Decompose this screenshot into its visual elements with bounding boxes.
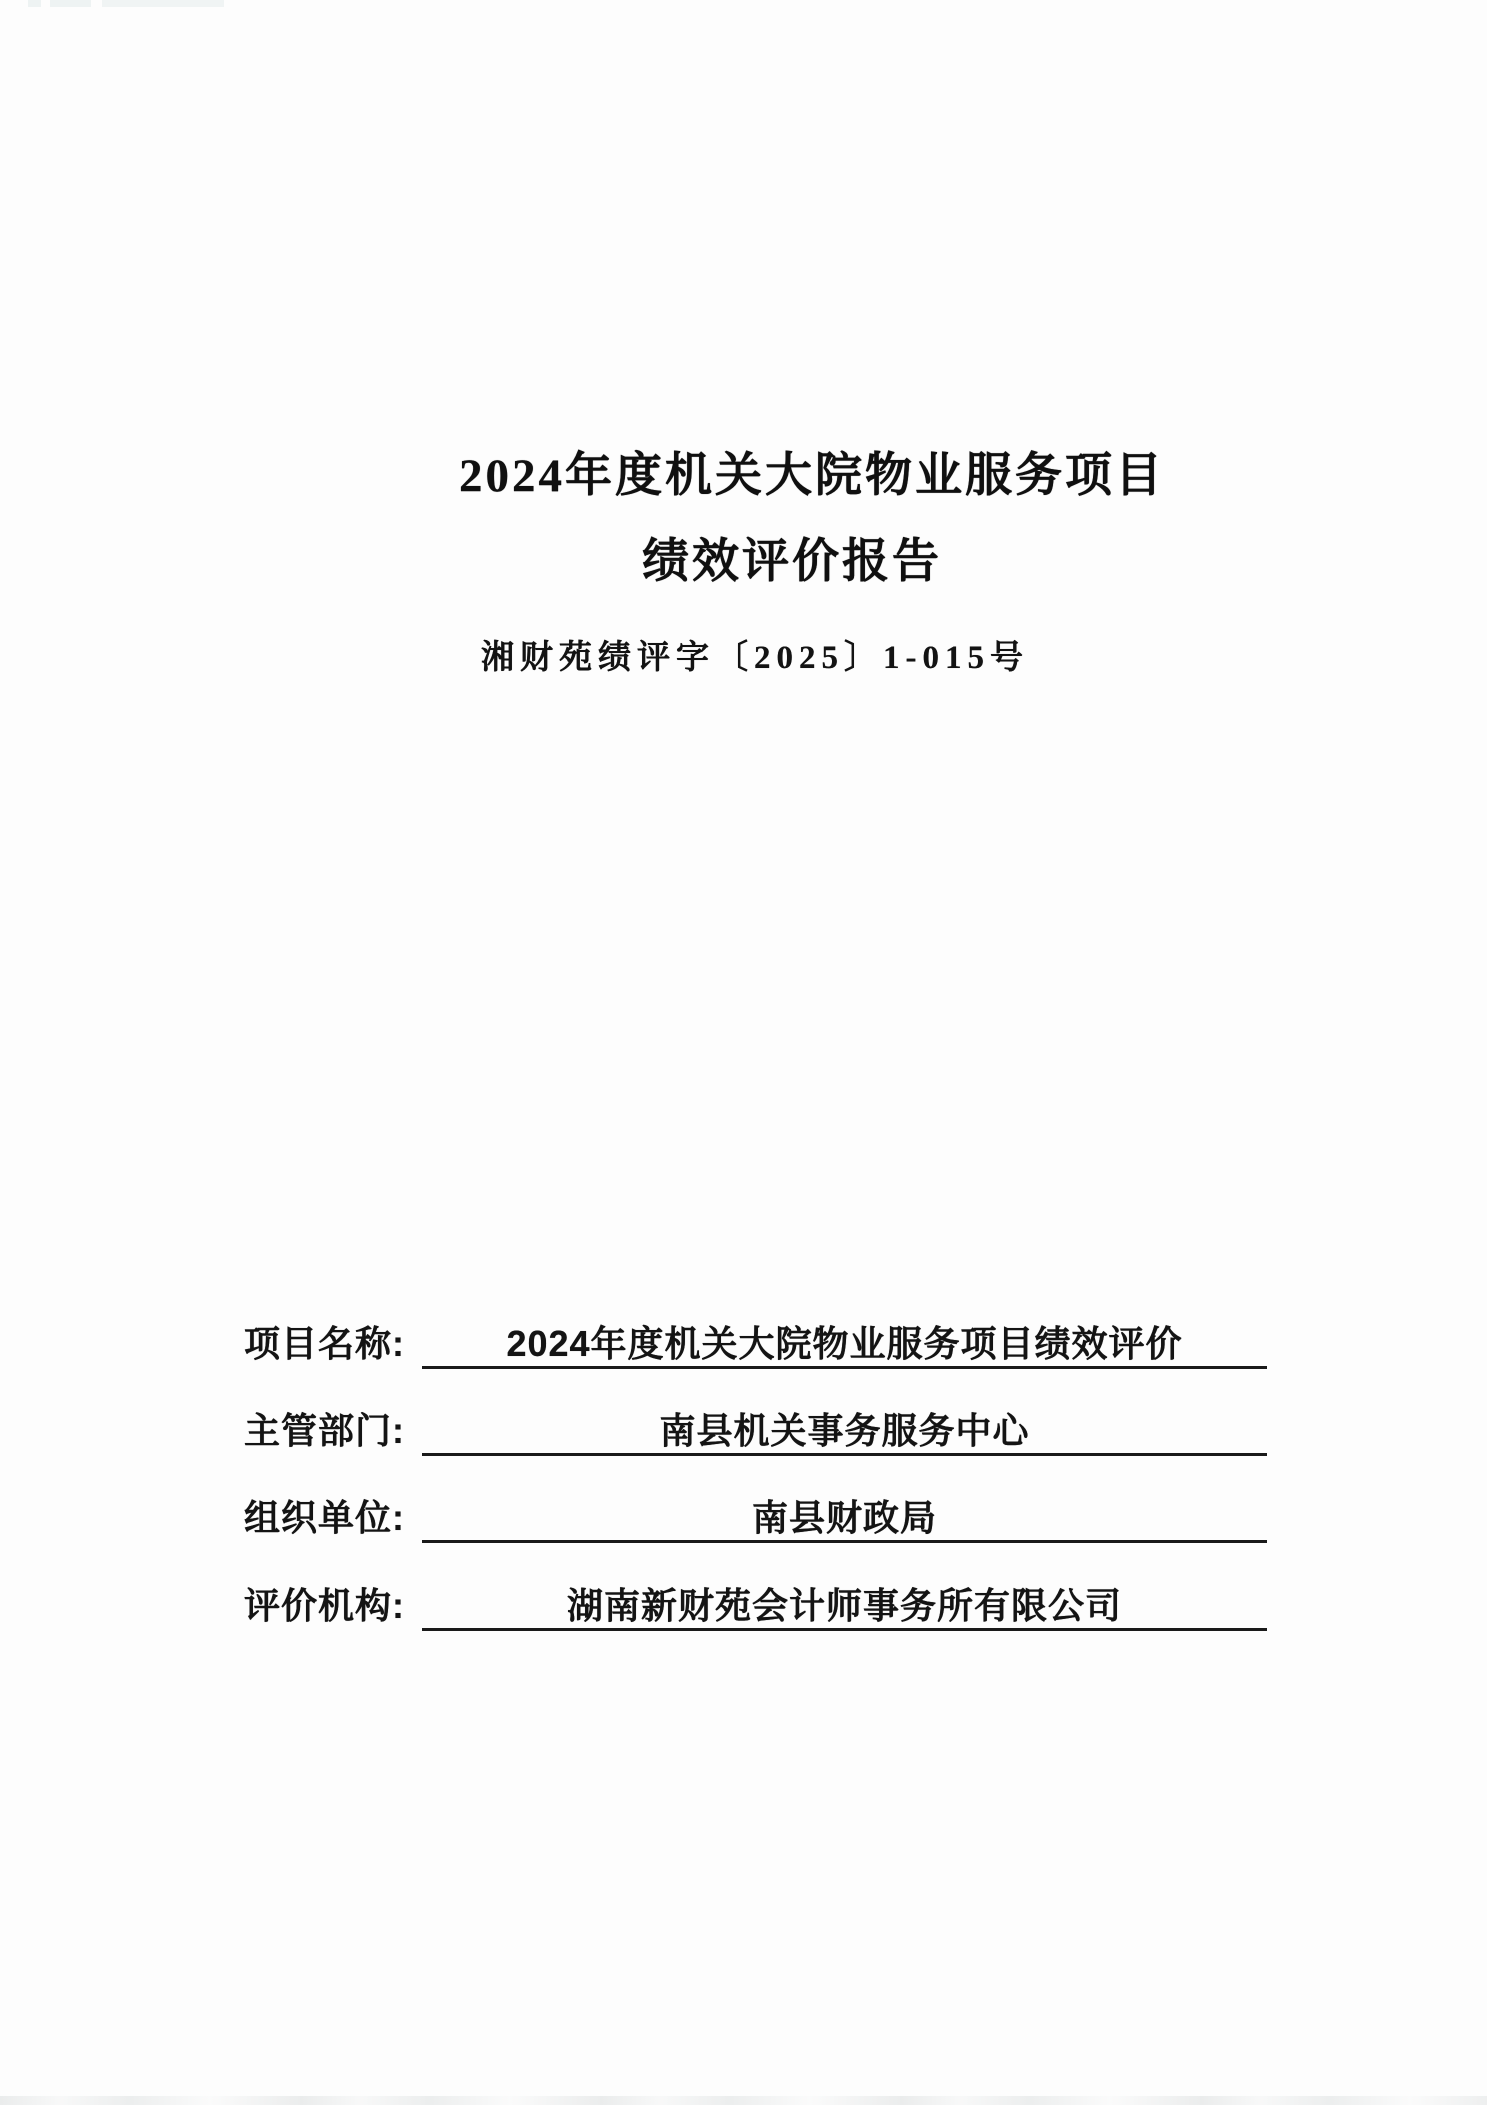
report-cover-page: 2024年度机关大院物业服务项目 绩效评价报告 湘财苑绩评字〔2025〕1-01…	[0, 0, 1487, 2105]
report-title-line2: 绩效评价报告	[642, 538, 942, 587]
scan-artifact-bottom	[0, 2096, 1487, 2105]
organizing-unit-label: 组织单位:	[244, 1496, 405, 1540]
scan-artifact-top	[102, 0, 224, 7]
supervising-department-label: 主管部门:	[244, 1409, 405, 1453]
field-row-evaluation-agency: 评价机构: 湖南新财苑会计师事务所有限公司	[244, 1584, 1267, 1631]
evaluation-agency-value: 湖南新财苑会计师事务所有限公司	[422, 1584, 1267, 1631]
scan-artifact-top	[28, 0, 41, 7]
field-row-supervising-department: 主管部门: 南县机关事务服务中心	[244, 1409, 1267, 1456]
scan-artifact-top	[50, 0, 91, 7]
project-name-label: 项目名称:	[244, 1322, 405, 1366]
field-row-organizing-unit: 组织单位: 南县财政局	[244, 1496, 1267, 1543]
report-title-line1: 2024年度机关大院物业服务项目	[459, 452, 1165, 501]
document-number: 湘财苑绩评字〔2025〕1-015号	[481, 640, 1029, 676]
organizing-unit-value: 南县财政局	[422, 1496, 1267, 1543]
supervising-department-value: 南县机关事务服务中心	[422, 1409, 1267, 1456]
evaluation-agency-label: 评价机构:	[244, 1584, 405, 1628]
field-row-project-name: 项目名称: 2024年度机关大院物业服务项目绩效评价	[244, 1322, 1267, 1369]
project-name-value: 2024年度机关大院物业服务项目绩效评价	[422, 1322, 1267, 1369]
